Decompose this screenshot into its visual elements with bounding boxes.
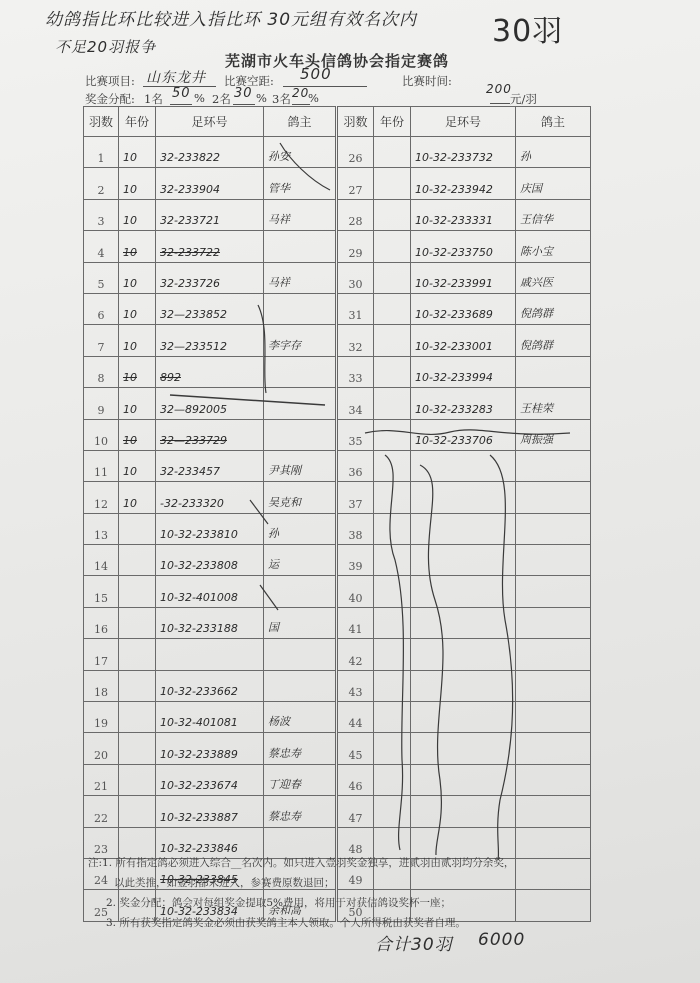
ring-number-cell-text: 10-32-233188 [160,622,238,635]
year-cell [119,702,156,733]
year-cell: 10 [119,231,156,262]
owner-cell: 倪鸽群 [516,325,591,356]
race-item-label: 比赛项目: [85,73,135,89]
ring-number-cell-text: 10-32-233887 [160,811,238,824]
ring-number-cell-text: 32-233822 [160,151,220,164]
row-number: 9 [84,388,119,419]
row-number-text: 37 [349,498,363,511]
ring-number-cell-text: 10-32-233942 [415,183,493,196]
owner-cell [516,702,591,733]
row-number-text: 3 [98,215,105,228]
owner-cell: 蔡忠寿 [264,796,337,827]
prize-3-label: 3名 [272,91,291,107]
row-number: 43 [337,670,374,701]
row-number-text: 39 [349,560,363,573]
prize-1-value: 50 [172,86,191,101]
owner-cell-text: 马祥 [268,213,290,226]
owner-cell-text: 李字存 [268,339,301,352]
ring-number-cell-text: 10-32-233889 [160,748,238,761]
year-cell [374,262,411,293]
owner-cell-text: 陈小宝 [520,245,553,258]
row-number: 15 [84,576,119,607]
row-number-text: 18 [94,686,108,699]
percent-sign: % [194,91,205,105]
row-number-text: 35 [349,435,363,448]
owner-cell [516,576,591,607]
note-1-cont: 以此类推，如壹羽都未进入，参赛费原数退回； [88,873,514,893]
table-row: 2010-32-233889蔡忠寿45 [84,733,591,764]
ring-number-cell-text: 892 [160,371,181,384]
row-number: 37 [337,482,374,513]
ring-number-cell-text: 10-32-233001 [415,340,493,353]
table-row: 51032-233726马祥3010-32-233991戚兴医 [84,262,591,293]
year-cell [374,513,411,544]
row-number: 6 [84,293,119,324]
year-cell [374,576,411,607]
owner-cell: 王信华 [516,199,591,230]
year-cell [119,796,156,827]
row-number: 38 [337,513,374,544]
row-number-text: 10 [94,435,108,448]
owner-cell: 丁迎春 [264,764,337,795]
owner-cell [516,482,591,513]
owner-cell [264,639,337,670]
row-number-text: 43 [349,686,363,699]
table-row: 1910-32-401081杨波44 [84,702,591,733]
year-cell [374,450,411,481]
owner-cell-text: 倪鸽群 [520,307,553,320]
row-number: 34 [337,388,374,419]
row-number-text: 2 [98,184,105,197]
row-number-text: 12 [94,498,108,511]
year-cell-text: 10 [123,214,137,227]
table-row: 31032-233721马祥2810-32-233331王信华 [84,199,591,230]
ring-number-cell-text: 10-32-401081 [160,716,238,729]
ring-number-cell: 32-233904 [156,168,264,199]
year-cell: 10 [119,262,156,293]
row-number-text: 6 [98,309,105,322]
row-number-text: 1 [98,152,105,165]
owner-cell: 庆国 [516,168,591,199]
ring-number-cell [411,764,516,795]
ring-number-cell [411,733,516,764]
ring-number-cell-text: 10-32-233706 [415,434,493,447]
ring-number-cell-text: 32—892005 [160,403,227,416]
year-cell [374,639,411,670]
ring-number-cell-text: 10-32-233674 [160,779,238,792]
row-number: 27 [337,168,374,199]
row-number-text: 45 [349,749,363,762]
row-number: 3 [84,199,119,230]
owner-cell [516,796,591,827]
owner-cell: 孙安 [264,137,337,168]
pigeon-table: 羽数 年份 足环号 鸽主 羽数 年份 足环号 鸽主 11032-233822孙安… [83,106,591,922]
ring-number-cell: 10-32-233942 [411,168,516,199]
year-cell [374,388,411,419]
row-number-text: 9 [98,404,105,417]
year-cell [119,670,156,701]
owner-cell-text: 孙 [520,150,531,163]
ring-number-cell: -32-233320 [156,482,264,513]
row-number: 29 [337,231,374,262]
owner-cell: 杨波 [264,702,337,733]
owner-cell-text: 王信华 [520,213,553,226]
row-number: 31 [337,293,374,324]
row-number: 40 [337,576,374,607]
table-row: 111032-233457尹其刚36 [84,450,591,481]
owner-cell: 尹其刚 [264,450,337,481]
owner-cell: 蔡忠寿 [264,733,337,764]
row-number: 44 [337,702,374,733]
ring-number-cell-text: 10-32-401008 [160,591,238,604]
ring-number-cell: 32—233852 [156,293,264,324]
owner-cell [516,639,591,670]
row-number-text: 30 [349,278,363,291]
ring-number-cell: 10-32-233662 [156,670,264,701]
year-cell-text: 10 [123,497,137,510]
year-cell: 10 [119,199,156,230]
row-number-text: 11 [94,466,108,479]
owner-cell [516,764,591,795]
year-cell [374,356,411,387]
row-number-text: 19 [94,717,108,730]
percent-sign: % [256,91,267,105]
ring-number-cell: 32-233721 [156,199,264,230]
note-1: 1. 所有指定鸽必须进入综合__名次内。如只进入壹羽奖金独享，进贰羽由贰羽均分余… [102,857,514,869]
row-number-text: 13 [94,529,108,542]
owner-cell [264,231,337,262]
year-cell: 10 [119,356,156,387]
header-ring: 足环号 [411,107,516,137]
ring-number-cell-text: 10-32-233331 [415,214,493,227]
year-cell-text: 10 [123,434,137,447]
row-number-text: 36 [349,466,363,479]
row-number-text: 7 [98,341,105,354]
table-header-row: 羽数 年份 足环号 鸽主 羽数 年份 足环号 鸽主 [84,107,591,137]
ring-number-cell-text: 10-32-233750 [415,246,493,259]
ring-number-cell-text: 32-233904 [160,183,220,196]
ring-number-cell: 10-32-233889 [156,733,264,764]
ring-number-cell: 32-233822 [156,137,264,168]
owner-cell: 戚兴医 [516,262,591,293]
row-number: 41 [337,607,374,638]
row-number: 2 [84,168,119,199]
ring-number-cell [411,639,516,670]
footer-amount: 6000 [478,930,525,950]
row-number-text: 29 [349,247,363,260]
row-number: 26 [337,137,374,168]
row-number: 36 [337,450,374,481]
ring-number-cell-text: 10-32-233662 [160,685,238,698]
row-number: 4 [84,231,119,262]
owner-cell-text: 蔡忠寿 [268,747,301,760]
row-number-text: 14 [94,560,108,573]
ring-number-cell-text: 10-32-233283 [415,403,493,416]
row-number-text: 33 [349,372,363,385]
header-count: 羽数 [337,107,374,137]
year-cell [374,137,411,168]
ring-number-cell: 10-32-233810 [156,513,264,544]
year-cell: 10 [119,325,156,356]
ring-number-cell: 10-32-233001 [411,325,516,356]
owner-cell: 周振强 [516,419,591,450]
row-number-text: 47 [349,812,363,825]
ring-number-cell: 10-32-401081 [156,702,264,733]
ring-number-cell-text: 32-233722 [160,246,220,259]
owner-cell [264,419,337,450]
owner-cell [516,890,591,921]
owner-cell [516,513,591,544]
row-number: 22 [84,796,119,827]
row-number: 18 [84,670,119,701]
row-number-text: 27 [349,184,363,197]
owner-cell [516,356,591,387]
year-cell-text: 10 [123,371,137,384]
year-cell [374,764,411,795]
row-number: 13 [84,513,119,544]
ring-number-cell-text: 10-32-233689 [415,308,493,321]
percent-sign: % [308,91,319,105]
year-cell [119,513,156,544]
owner-cell [264,356,337,387]
row-number: 39 [337,545,374,576]
handwritten-count: 30羽 [492,6,563,50]
row-number-text: 4 [98,247,105,260]
table-row: 1610-32-233188国41 [84,607,591,638]
year-cell-text: 10 [123,246,137,259]
ring-number-cell: 892 [156,356,264,387]
ring-number-cell: 10-32-233331 [411,199,516,230]
row-number: 8 [84,356,119,387]
row-number: 7 [84,325,119,356]
header-ring: 足环号 [156,107,264,137]
row-number-text: 38 [349,529,363,542]
row-number: 20 [84,733,119,764]
year-cell: 10 [119,388,156,419]
notes-label: 注: [88,857,102,869]
row-number: 17 [84,639,119,670]
ring-number-cell: 32—233729 [156,419,264,450]
ring-number-cell: 10-32-233732 [411,137,516,168]
owner-cell [516,607,591,638]
owner-cell [516,733,591,764]
fee-value: 200 [486,82,512,96]
year-cell-text: 10 [123,308,137,321]
ring-number-cell [411,576,516,607]
prize-2-value: 30 [234,86,253,101]
ring-number-cell: 10-32-233674 [156,764,264,795]
ring-number-cell-text: 32—233852 [160,308,227,321]
race-distance-value: 500 [300,65,332,83]
year-cell: 10 [119,293,156,324]
year-cell [374,702,411,733]
ring-number-cell-text: 32-233721 [160,214,220,227]
header-year: 年份 [119,107,156,137]
owner-cell: 李字存 [264,325,337,356]
owner-cell-text: 戚兴医 [520,276,553,289]
row-number-text: 21 [94,780,108,793]
owner-cell [516,450,591,481]
year-cell [374,199,411,230]
owner-cell: 王桂荣 [516,388,591,419]
fee-unit: 元/羽 [510,91,537,107]
ring-number-cell-text: 32-233457 [160,465,220,478]
handwritten-note-line1: 幼鸽指比环比较进入指比环 30元组有效名次内 [45,5,417,30]
row-number: 5 [84,262,119,293]
ring-number-cell-text: 10-32-233732 [415,151,493,164]
owner-cell: 倪鸽群 [516,293,591,324]
row-number: 21 [84,764,119,795]
row-number: 46 [337,764,374,795]
owner-cell-text: 运 [268,558,279,571]
row-number: 42 [337,639,374,670]
owner-cell: 管华 [264,168,337,199]
prize-2-label: 2名 [212,91,231,107]
year-cell [374,796,411,827]
row-number-text: 32 [349,341,363,354]
ring-number-cell: 10-32-233887 [156,796,264,827]
owner-cell-text: 吴克和 [268,496,301,509]
owner-cell [264,670,337,701]
prize-3-value: 20 [292,86,309,100]
owner-cell: 孙 [264,513,337,544]
year-cell [374,607,411,638]
owner-cell: 吴克和 [264,482,337,513]
ring-number-cell-text: 32—233729 [160,434,227,447]
ring-number-cell [156,639,264,670]
year-cell-text: 10 [123,183,137,196]
ring-number-cell: 32—892005 [156,388,264,419]
ring-number-cell: 10-32-233188 [156,607,264,638]
ring-number-cell-text: 10-32-233808 [160,559,238,572]
row-number-text: 5 [98,278,105,291]
ring-number-cell: 32—233512 [156,325,264,356]
header-owner: 鸽主 [264,107,337,137]
ring-number-cell: 10-32-233283 [411,388,516,419]
row-number-text: 8 [98,372,105,385]
table-row: 21032-233904管华2710-32-233942庆国 [84,168,591,199]
table-row: 91032—8920053410-32-233283王桂荣 [84,388,591,419]
row-number-text: 46 [349,780,363,793]
header-owner: 鸽主 [516,107,591,137]
ring-number-cell-text: 10-32-233994 [415,371,493,384]
year-cell [119,764,156,795]
row-number-text: 42 [349,655,363,668]
note-2: 2. 奖金分配：鸽会对每组奖金提取5%费用，将用于对获信鸽设奖杯一座； [88,893,514,913]
year-cell: 10 [119,419,156,450]
row-number: 45 [337,733,374,764]
row-number-text: 20 [94,749,108,762]
year-cell [374,293,411,324]
footer-total: 合计30羽 [375,930,453,955]
owner-cell [264,293,337,324]
row-number-text: 31 [349,309,363,322]
year-cell [374,482,411,513]
owner-cell-text: 倪鸽群 [520,339,553,352]
race-item-value: 山东龙井 [146,67,206,87]
owner-cell [516,545,591,576]
ring-number-cell: 32-233457 [156,450,264,481]
owner-cell-text: 蔡忠寿 [268,810,301,823]
ring-number-cell [411,670,516,701]
owner-cell-text: 丁迎春 [268,778,301,791]
row-number: 32 [337,325,374,356]
year-cell [374,168,411,199]
owner-cell-text: 周振强 [520,433,553,446]
prize-label: 奖金分配: [85,91,135,107]
owner-cell: 孙 [516,137,591,168]
owner-cell: 国 [264,607,337,638]
row-number: 47 [337,796,374,827]
ring-number-cell: 10-32-233991 [411,262,516,293]
owner-cell-text: 杨波 [268,715,290,728]
table-row: 8108923310-32-233994 [84,356,591,387]
ring-number-cell-text: 10-32-233810 [160,528,238,541]
year-cell [374,231,411,262]
table-row: 1310-32-233810孙38 [84,513,591,544]
row-number: 10 [84,419,119,450]
row-number: 19 [84,702,119,733]
table-row: 2210-32-233887蔡忠寿47 [84,796,591,827]
race-time-label: 比赛时间: [402,73,452,89]
year-cell-text: 10 [123,465,137,478]
year-cell [119,576,156,607]
row-number-text: 22 [94,812,108,825]
table-row: 101032—2337293510-32-233706周振强 [84,419,591,450]
row-number: 11 [84,450,119,481]
year-cell-text: 10 [123,403,137,416]
row-number-text: 28 [349,215,363,228]
owner-cell-text: 国 [268,621,279,634]
table-row: 71032—233512李字存3210-32-233001倪鸽群 [84,325,591,356]
ring-number-cell: 10-32-401008 [156,576,264,607]
owner-cell [264,576,337,607]
owner-cell: 马祥 [264,262,337,293]
owner-cell: 马祥 [264,199,337,230]
ring-number-cell [411,545,516,576]
ring-number-cell: 10-32-233994 [411,356,516,387]
table-row: 61032—2338523110-32-233689倪鸽群 [84,293,591,324]
ring-number-cell [411,482,516,513]
table-row: 1210-32-233320吴克和37 [84,482,591,513]
year-cell [374,325,411,356]
table-row: 11032-233822孙安2610-32-233732孙 [84,137,591,168]
year-cell [374,733,411,764]
year-cell [119,607,156,638]
ring-number-cell: 32-233722 [156,231,264,262]
owner-cell [264,388,337,419]
owner-cell-text: 王桂荣 [520,402,553,415]
table-row: 1742 [84,639,591,670]
owner-cell: 运 [264,545,337,576]
row-number-text: 41 [349,623,363,636]
header-year: 年份 [374,107,411,137]
table-row: 1410-32-233808运39 [84,545,591,576]
year-cell [119,545,156,576]
year-cell [119,733,156,764]
row-number: 1 [84,137,119,168]
ring-number-cell: 32-233726 [156,262,264,293]
row-number-text: 16 [94,623,108,636]
owner-cell-text: 马祥 [268,276,290,289]
ring-number-cell [411,607,516,638]
year-cell: 10 [119,137,156,168]
notes-section: 注:1. 所有指定鸽必须进入综合__名次内。如只进入壹羽奖金独享，进贰羽由贰羽均… [88,853,514,933]
ring-number-cell [411,702,516,733]
owner-cell-text: 孙安 [268,150,290,163]
form-title: 芜湖市火车头信鸽协会指定赛鸽 [225,50,449,71]
table-row: 1810-32-23366243 [84,670,591,701]
